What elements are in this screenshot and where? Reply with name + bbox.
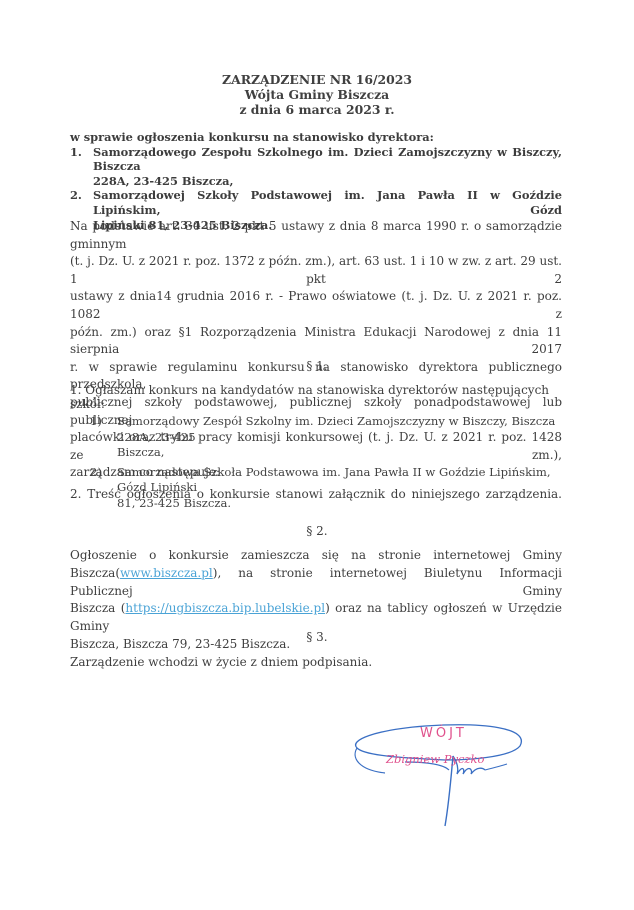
paragraph-line: późn. zm.) oraz §1 Rozporządzenia Minist… — [70, 324, 562, 359]
document-title: ZARZĄDZENIE NR 16/2023 — [0, 72, 634, 87]
subject-item-line: Samorządowej Szkoły Podstawowej im. Jana… — [93, 188, 562, 217]
section-3-heading: § 3. — [0, 630, 634, 644]
paragraph-line: Ogłoszenie o konkursie zamieszcza się na… — [70, 547, 562, 565]
section-2-heading: § 2. — [0, 524, 634, 538]
paragraph-line: Biszcza(www.biszcza.pl), na stronie inte… — [70, 565, 562, 601]
section-1-intro: 1. Ogłaszam konkurs na kandydatów na sta… — [70, 383, 570, 411]
stamp-title: WÓJT — [420, 726, 467, 741]
text-fragment: Biszcza( — [70, 566, 120, 580]
subject-item-number: 2. — [70, 188, 82, 203]
subject-item: 1. Samorządowego Zespołu Szkolnego im. D… — [70, 145, 562, 189]
school-item-line: Biszcza, — [117, 445, 562, 461]
document-header: ZARZĄDZENIE NR 16/2023 Wójta Gminy Biszc… — [0, 72, 634, 117]
subject-intro: w sprawie ogłoszenia konkursu na stanowi… — [70, 130, 562, 145]
subject-item-line: 228A, 23-425 Biszcza, — [93, 174, 562, 189]
section-3-paragraph: Zarządzenie wchodzi w życie z dniem podp… — [70, 655, 372, 669]
document-date: z dnia 6 marca 2023 r. — [0, 102, 634, 117]
municipality-website-link[interactable]: www.biszcza.pl — [120, 566, 213, 580]
school-item-line: Samorządowy Zespół Szkolny im. Dzieci Za… — [117, 414, 562, 445]
school-item-number: 1) — [90, 414, 102, 430]
text-fragment: Biszcza ( — [70, 601, 125, 615]
section-1-heading: § 1. — [0, 359, 634, 373]
school-list-item: 1) Samorządowy Zespół Szkolny im. Dzieci… — [90, 414, 562, 461]
document-issuer: Wójta Gminy Biszcza — [0, 87, 634, 102]
bip-website-link[interactable]: https://ugbiszcza.bip.lubelskie.pl — [125, 601, 325, 615]
paragraph-line: (t. j. Dz. U. z 2021 r. poz. 1372 z późn… — [70, 253, 562, 288]
stamp-name: Zbigniew Pyczko — [386, 752, 484, 766]
document-page: ZARZĄDZENIE NR 16/2023 Wójta Gminy Biszc… — [0, 0, 634, 910]
paragraph-line: Na podstawie art. 30 ust. 2 pkt 5 ustawy… — [70, 218, 562, 253]
subject-item-number: 1. — [70, 145, 82, 160]
school-item-number: 2) — [90, 465, 102, 481]
section-1-point-2: 2. Treść ogłoszenia o konkursie stanowi … — [70, 487, 562, 501]
paragraph-line: ustawy z dnia14 grudnia 2016 r. - Prawo … — [70, 288, 562, 323]
document-subject: w sprawie ogłoszenia konkursu na stanowi… — [70, 130, 562, 232]
subject-item-line: Samorządowego Zespołu Szkolnego im. Dzie… — [93, 145, 562, 174]
